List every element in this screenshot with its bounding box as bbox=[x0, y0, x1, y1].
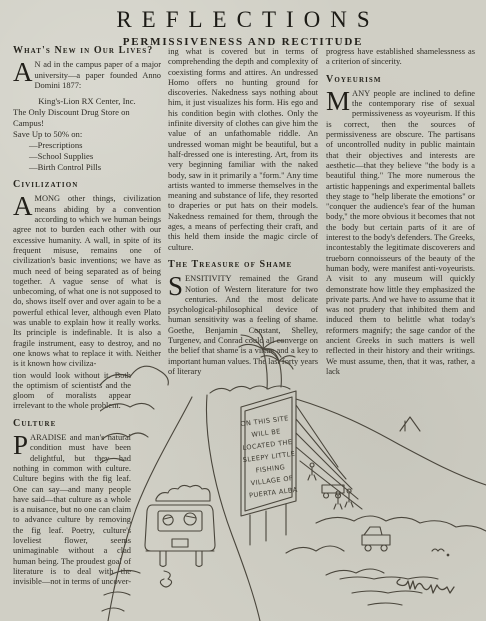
coastline bbox=[316, 516, 486, 531]
section-heading-civilization: Civilization bbox=[13, 180, 161, 190]
continuation-paragraph: progress have established shamelessness … bbox=[326, 47, 475, 68]
intro-paragraph: AN ad in the campus paper of a major uni… bbox=[13, 60, 161, 91]
exhaust-puff bbox=[160, 571, 171, 587]
sign-line-2: WILL BE bbox=[251, 427, 281, 439]
dropcap-a: A bbox=[13, 60, 35, 83]
left-hill-bush bbox=[100, 366, 168, 463]
road-right-edge bbox=[206, 395, 260, 621]
ad-store-name: King's-Lion RX Center, Inc. bbox=[13, 96, 161, 107]
ocean-waves bbox=[340, 577, 438, 605]
car-roof-luggage bbox=[156, 485, 210, 501]
section-heading-whats-new: What's New in Our Lives? bbox=[13, 46, 161, 56]
car-wheel-right bbox=[196, 551, 202, 567]
section-heading-voyeurism: Voyeurism bbox=[326, 75, 475, 85]
sign-line-6: VILLAGE OF bbox=[250, 474, 293, 487]
construction-frame bbox=[400, 417, 420, 431]
magazine-page: REFLECTIONS PERMISSIVENESS AND RECTITUDE… bbox=[0, 0, 486, 621]
roadside-scrub-left bbox=[102, 570, 140, 611]
car-body bbox=[145, 505, 215, 551]
palm-tree-fronds bbox=[239, 329, 283, 363]
passenger-head bbox=[184, 513, 196, 525]
ad-item-prescriptions: —Prescriptions bbox=[13, 140, 161, 151]
worker-figure-1 bbox=[308, 463, 316, 480]
ad-tagline: The Only Discount Drug Store on Campus! bbox=[13, 107, 161, 129]
dropcap-p: P bbox=[13, 433, 30, 456]
ad-item-school-supplies: —School Supplies bbox=[13, 151, 161, 162]
car bbox=[145, 485, 215, 587]
palm-tree-trunk bbox=[263, 349, 267, 389]
license-plate bbox=[172, 539, 188, 547]
continuation-paragraph: ing what is covered but in terms of comp… bbox=[168, 47, 318, 253]
gull-dot bbox=[447, 554, 449, 556]
car-wheel-left bbox=[160, 551, 166, 567]
cartoon-illustration: ON THIS SITE WILL BE LOCATED THE SLEEPY … bbox=[100, 327, 486, 621]
dropcap-a: A bbox=[13, 194, 35, 217]
masthead: REFLECTIONS PERMISSIVENESS AND RECTITUDE bbox=[0, 7, 486, 48]
dropcap-m: M bbox=[326, 89, 352, 112]
cartoon-svg: ON THIS SITE WILL BE LOCATED THE SLEEPY … bbox=[100, 327, 486, 621]
intro-text: N ad in the campus paper of a major univ… bbox=[35, 60, 162, 90]
sign-line-5: FISHING bbox=[255, 463, 285, 475]
ad-offer: Save Up to 50% on: bbox=[13, 129, 161, 140]
dump-truck bbox=[362, 527, 390, 551]
section-heading-treasure-of-shame: The Treasure of Shame bbox=[168, 260, 318, 270]
worker-figure-2 bbox=[334, 491, 342, 509]
campus-ad-block: King's-Lion RX Center, Inc. The Only Dis… bbox=[13, 96, 161, 173]
road-left-edge bbox=[108, 397, 192, 621]
hillside-crest bbox=[296, 399, 486, 485]
billboard-text: ON THIS SITE WILL BE LOCATED THE SLEEPY … bbox=[238, 414, 300, 500]
page-title: REFLECTIONS bbox=[10, 7, 486, 33]
driver-head bbox=[163, 515, 173, 525]
sign-line-1: ON THIS SITE bbox=[240, 414, 289, 428]
ad-item-birth-control: —Birth Control Pills bbox=[13, 162, 161, 173]
sign-line-4: SLEEPY LITTLE bbox=[242, 450, 295, 464]
billboard-posts bbox=[250, 504, 286, 545]
dropcap-s: S bbox=[168, 274, 185, 297]
palm-ground-scallop bbox=[210, 386, 290, 393]
gull-marks bbox=[432, 549, 444, 551]
